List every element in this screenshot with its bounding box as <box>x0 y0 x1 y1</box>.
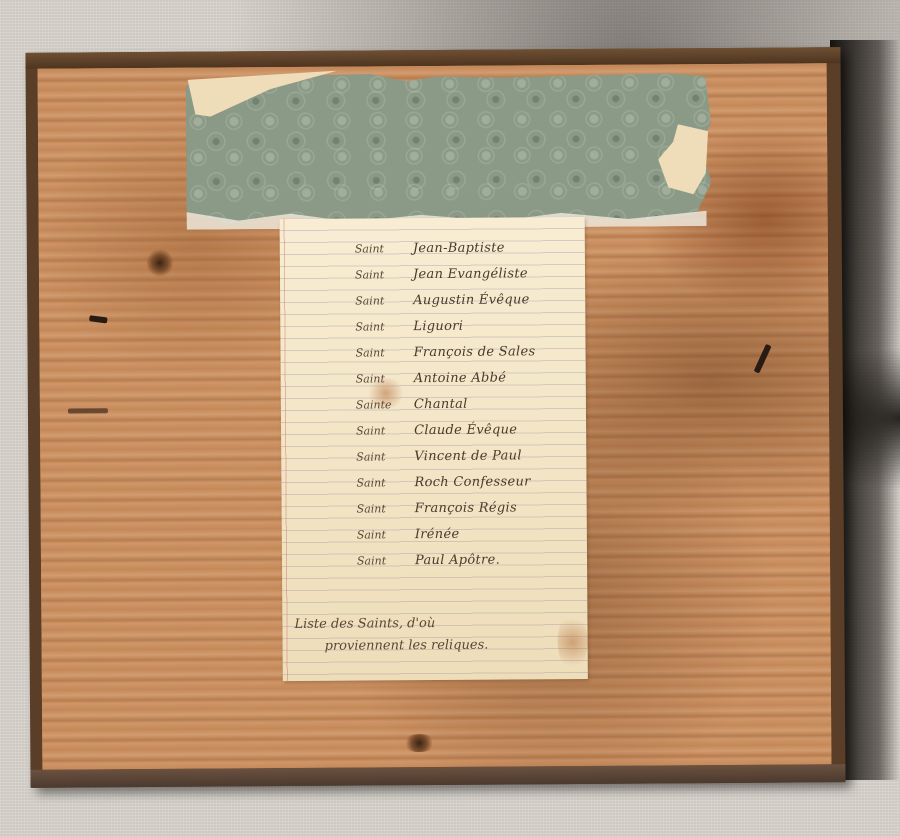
saint-name: Liguori <box>413 319 463 334</box>
wood-panel: SaintJean-Baptiste SaintJean Evangéliste… <box>38 63 832 769</box>
saint-row: SaintPaul Apôtre. <box>357 547 537 574</box>
nail-mark-left <box>68 408 108 413</box>
saint-row: SaintFrançois Régis <box>357 495 537 522</box>
saint-row: SaintAntoine Abbé <box>356 365 536 392</box>
saint-prefix: Saint <box>357 548 415 574</box>
saint-name: Claude Évêque <box>414 422 517 438</box>
nail-right <box>754 344 772 374</box>
saint-row: SaintVincent de Paul <box>356 443 536 470</box>
saint-row: SaintIrénée <box>357 521 537 548</box>
embossed-green-wallpaper-fragment <box>186 70 712 224</box>
caption-line-1: Liste des Saints, d'où <box>294 612 574 636</box>
handwritten-label: SaintJean-Baptiste SaintJean Evangéliste… <box>280 217 588 681</box>
saint-prefix: Saint <box>356 470 414 496</box>
saint-prefix: Saint <box>357 496 415 522</box>
saint-prefix: Sainte <box>356 392 414 418</box>
saint-prefix: Saint <box>355 288 413 314</box>
saint-name: Chantal <box>414 397 468 412</box>
wood-knot <box>147 248 173 278</box>
caption-line-2: proviennent les reliques. <box>295 634 575 658</box>
label-caption: Liste des Saints, d'où proviennent les r… <box>294 612 574 658</box>
saint-name: François de Sales <box>413 344 535 360</box>
saint-row: SaintAugustin Évêque <box>355 287 535 314</box>
saint-row: SaintJean Evangéliste <box>355 261 535 288</box>
saint-row: SaintFrançois de Sales <box>355 339 535 366</box>
saint-prefix: Saint <box>355 340 413 366</box>
wood-knot <box>402 734 436 752</box>
saint-name: Augustin Évêque <box>413 292 530 308</box>
saint-name: Jean Evangéliste <box>413 266 528 282</box>
saint-name: Antoine Abbé <box>414 371 507 387</box>
saint-row: SaintLiguori <box>355 313 535 340</box>
saint-row: SainteChantal <box>356 391 536 418</box>
saint-row: SaintClaude Évêque <box>356 417 536 444</box>
nail-left <box>89 315 108 323</box>
saint-prefix: Saint <box>356 444 414 470</box>
saint-prefix: Saint <box>356 366 414 392</box>
saint-name: Roch Confesseur <box>414 474 530 490</box>
saint-name: Vincent de Paul <box>414 448 522 464</box>
saint-name: Irénée <box>415 527 460 542</box>
saint-row: SaintJean-Baptiste <box>355 235 535 262</box>
saint-name: Paul Apôtre. <box>415 553 500 569</box>
saint-prefix: Saint <box>355 236 413 262</box>
saint-prefix: Saint <box>356 418 414 444</box>
saint-name: François Régis <box>415 500 517 516</box>
frame-bottom-edge <box>30 764 845 788</box>
saint-list: SaintJean-Baptiste SaintJean Evangéliste… <box>355 235 537 574</box>
saint-prefix: Saint <box>355 262 413 288</box>
saint-name: Jean-Baptiste <box>413 241 505 257</box>
wooden-box-back: SaintJean-Baptiste SaintJean Evangéliste… <box>25 47 845 788</box>
saint-prefix: Saint <box>355 314 413 340</box>
saint-row: SaintRoch Confesseur <box>356 469 536 496</box>
saint-prefix: Saint <box>357 522 415 548</box>
